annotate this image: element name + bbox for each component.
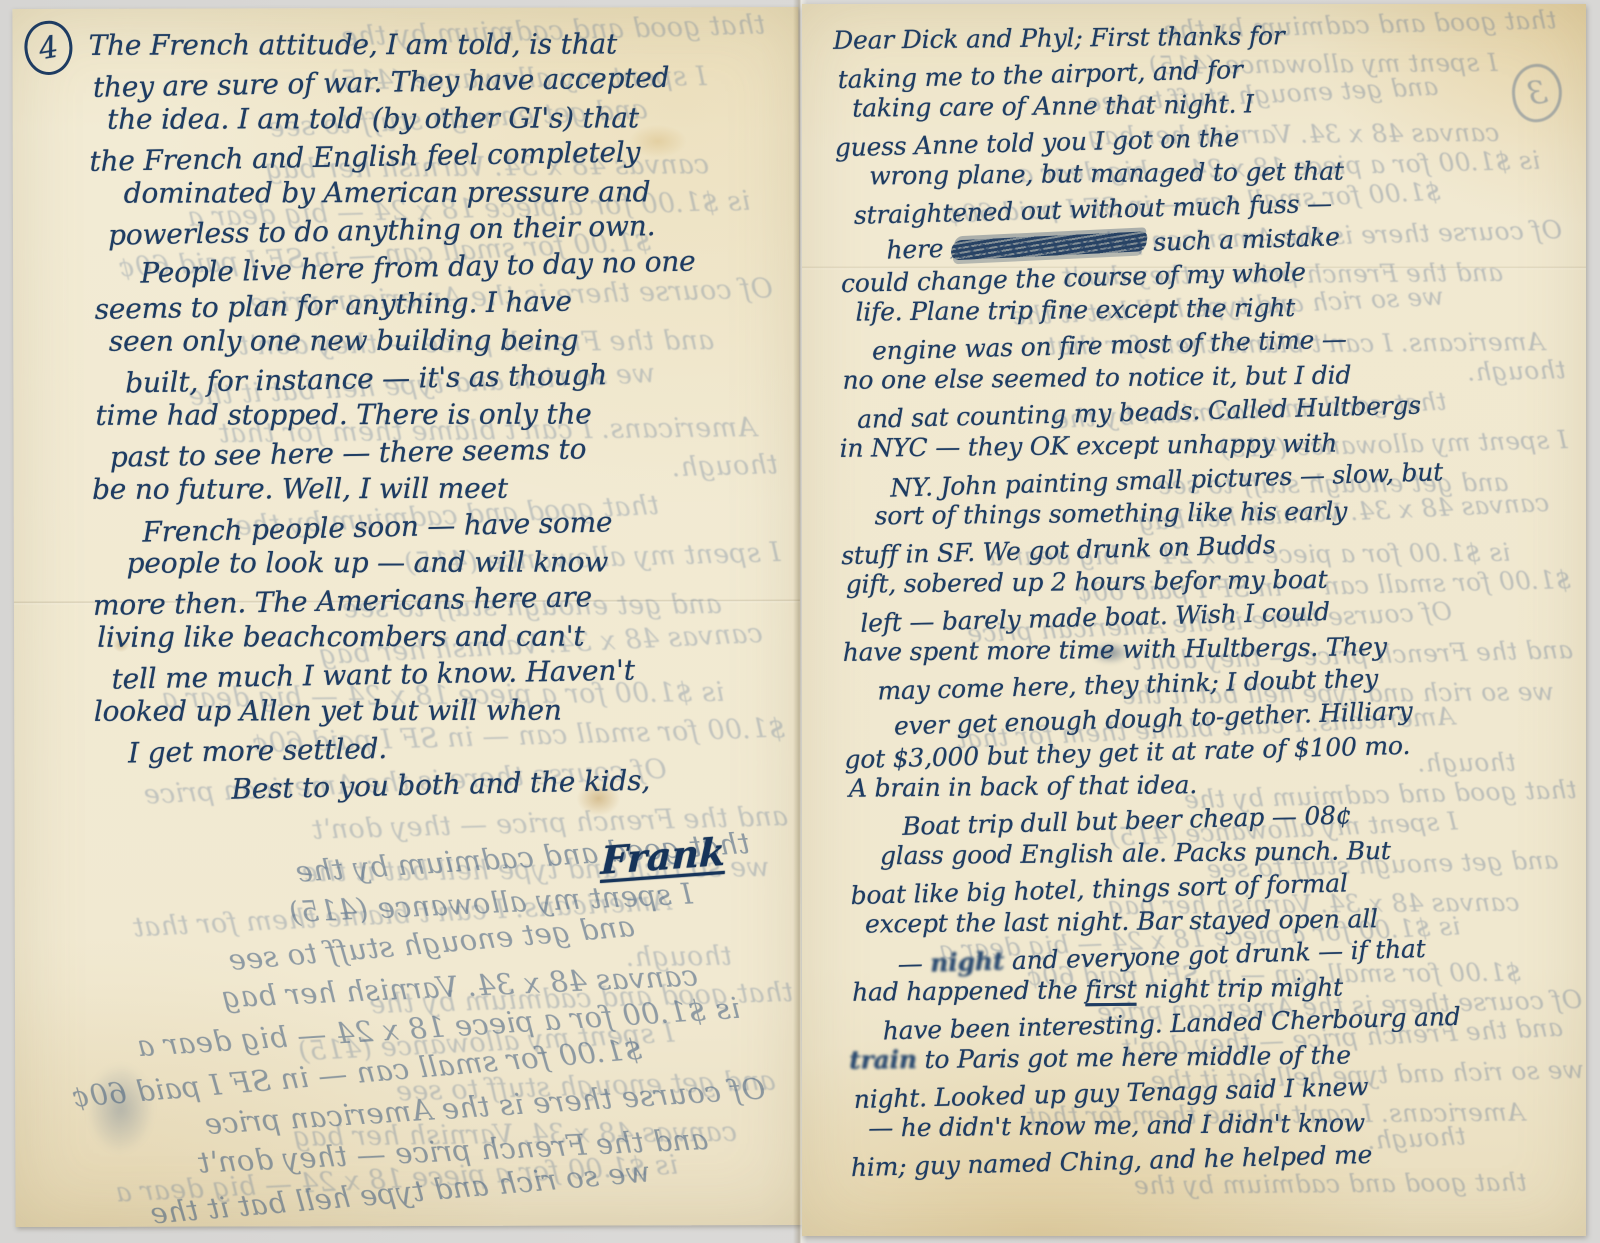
letter-page-left: that good and cadmium by theI spent my a… — [12, 7, 801, 1227]
handwriting-segment: first — [1085, 975, 1136, 1005]
bleedthrough-line: and get enough stuff to see — [15, 906, 636, 999]
handwriting-right-page: Dear Dick and Phyl; First thanks fortaki… — [837, 14, 1575, 1181]
ink-bleedthrough-strong: that good and cadmium by theI spent my a… — [10, 823, 773, 1243]
bleedthrough-line: though. — [32, 935, 732, 987]
handwriting-segment: to Paris got me here middle of the — [917, 1041, 1351, 1075]
bleedthrough-line: I spent my allowance (415) — [12, 874, 693, 946]
bleedthrough-line: is $1.00 for a piece 18 x 24 — big dear … — [38, 1144, 679, 1220]
bleedthrough-line: canvas 48 x 34. Varnish her bag — [18, 955, 699, 1027]
ink-smear — [75, 1049, 165, 1169]
handwriting-segment: and everyone got drunk — if that — [1004, 934, 1426, 975]
handwriting-segment: here — [886, 234, 951, 265]
handwriting-segment: had happened the — [852, 975, 1085, 1006]
handwriting-segment: such a mistake — [1145, 222, 1340, 257]
handwriting-segment: night — [930, 946, 1005, 977]
signature: Frank — [600, 829, 726, 883]
bleedthrough-line: and get enough stuff to see — [35, 1059, 776, 1124]
bleedthrough-line: $1.00 for small can — in SF I paid 60¢ — [23, 1029, 644, 1122]
crossed-out-word: xxxxxxxxxxxxxx — [949, 231, 1147, 260]
bleedthrough-line: Americans. I can't blame them for that — [30, 880, 671, 956]
bleedthrough-line: and the French price — they don't — [28, 1119, 709, 1191]
handwriting-segment: train — [849, 1045, 917, 1075]
letter-page-right: that good and cadmium by theI spent my a… — [802, 4, 1586, 1236]
page-number-circle: 4 — [20, 17, 77, 79]
bleedthrough-line: that good and cadmium by the — [33, 971, 794, 1037]
bleedthrough-line: we so rich and type hell bat it the — [31, 1151, 652, 1243]
handwriting-segment: night trip might — [1136, 973, 1343, 1004]
page-number: 4 — [36, 29, 61, 67]
handwriting-left-page: The French attitude, I am told, is thatt… — [92, 23, 778, 805]
handwriting-line: built, for instance — it's as though — [125, 353, 776, 401]
bleedthrough-line: Of course there is the American price — [25, 1068, 766, 1156]
bleedthrough-line: I spent my allowance (415) — [34, 1012, 675, 1088]
bleedthrough-line: canvas 48 x 34. Varnish her bag — [37, 1111, 737, 1163]
bleedthrough-line: is $1.00 for a piece 18 x 24 — big dear … — [20, 988, 741, 1075]
